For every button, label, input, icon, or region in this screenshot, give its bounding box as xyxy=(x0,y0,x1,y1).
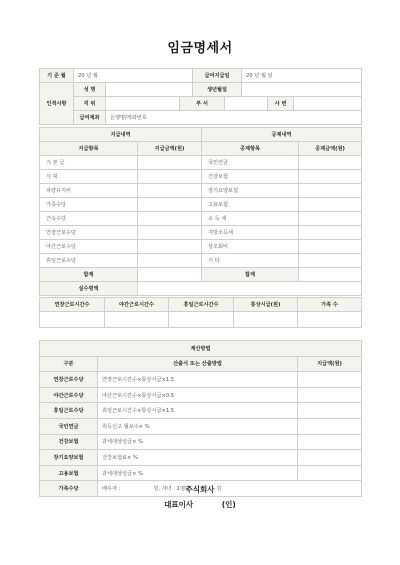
formula-header: 산출식 또는 산출방법 xyxy=(98,356,298,372)
calc-amount[interactable] xyxy=(298,372,362,388)
deduction-amount[interactable] xyxy=(299,156,362,170)
pay-item: 휴일근로수당 xyxy=(40,254,138,268)
deduction-total-value[interactable] xyxy=(299,268,362,282)
pay-item: 근속수당 xyxy=(40,212,138,226)
pay-date-label: 급여지급일 xyxy=(193,69,242,83)
net-pay-value[interactable] xyxy=(138,282,362,296)
pay-amount[interactable] xyxy=(138,254,202,268)
family-count-header: 가족 수 xyxy=(298,298,362,312)
table-row: 근속수당 소 득 세 xyxy=(40,212,362,226)
holiday-hours-value[interactable] xyxy=(169,312,234,328)
pay-date-value[interactable]: 20 년 월 일 xyxy=(242,69,362,83)
calc-category: 야간근로수당 xyxy=(40,387,98,403)
position-value[interactable] xyxy=(106,97,180,111)
deduction-item: 소 득 세 xyxy=(202,212,299,226)
calc-category: 장기요양보험 xyxy=(40,450,98,466)
department-label: 부 서 xyxy=(180,97,225,111)
work-hours-table: 연장근로시간수 야간근로시간수 휴일근로시간수 통상시급(원) 가족 수 xyxy=(39,297,362,328)
personal-info-label: 인적사항 xyxy=(40,83,74,125)
calculation-section-header: 계산방법 xyxy=(40,341,362,357)
table-row: 국민연금 취득신고 월보수× % xyxy=(40,418,362,434)
deduction-item: 상조회비 xyxy=(202,240,299,254)
deduction-amount[interactable] xyxy=(299,254,362,268)
table-row: 휴일근로수당 기 타 xyxy=(40,254,362,268)
payment-section-header: 지급내역 xyxy=(40,128,202,142)
overtime-hours-value[interactable] xyxy=(40,312,105,328)
pay-item: 차량유지비 xyxy=(40,184,138,198)
deduction-total-label: 합계 xyxy=(202,268,299,282)
calculation-method-table: 계산방법 구분 산출식 또는 산출방법 지급액(원) 연장근로수당 연장근로시간… xyxy=(39,340,362,497)
calc-formula: 취득신고 월보수× % xyxy=(98,418,298,434)
seal-mark: (인) xyxy=(222,499,236,510)
pay-amount[interactable] xyxy=(138,240,202,254)
deduction-amount[interactable] xyxy=(299,170,362,184)
pay-item: 기 본 급 xyxy=(40,156,138,170)
name-value[interactable] xyxy=(106,83,193,97)
table-row: 차량유지비 장기요양보험 xyxy=(40,184,362,198)
deduction-amount[interactable] xyxy=(299,226,362,240)
deduction-item: 기 타 xyxy=(202,254,299,268)
table-row: 가족수당 고용보험 xyxy=(40,198,362,212)
table-row: 기 본 급 국민연금 xyxy=(40,156,362,170)
pay-amount[interactable] xyxy=(138,212,202,226)
night-hours-header: 야간근로시간수 xyxy=(105,298,169,312)
calc-amount[interactable] xyxy=(298,434,362,450)
calc-amount[interactable] xyxy=(298,418,362,434)
name-label: 성 명 xyxy=(74,83,106,97)
deduction-item: 건강보험 xyxy=(202,170,299,184)
base-month-value[interactable]: 20 년 월 xyxy=(74,69,193,83)
ceo-signature-line: 대표이사 (인) xyxy=(0,499,400,510)
deduction-amount-header: 공제금액(원) xyxy=(299,142,362,156)
table-row: 장기요양보험 건강보험료× % xyxy=(40,450,362,466)
pay-item: 가족수당 xyxy=(40,198,138,212)
birth-date-label: 생년월일 xyxy=(193,83,242,97)
pay-item: 식 대 xyxy=(40,170,138,184)
document-title: 임금명세서 xyxy=(0,37,400,56)
birth-date-value[interactable] xyxy=(242,83,362,97)
pay-amount[interactable] xyxy=(138,226,202,240)
pay-amount-header: 지급금액(원) xyxy=(138,142,202,156)
table-row: 건강보험 과세대상임금× % xyxy=(40,434,362,450)
calc-category: 휴일근로수당 xyxy=(40,403,98,419)
personal-info-table: 기 준 월 20 년 월 급여지급일 20 년 월 일 인적사항 성 명 생년월… xyxy=(39,68,362,125)
account-label: 급여계좌 xyxy=(74,111,106,125)
table-row: 야간근로수당 야간근로시간수×통상시급×0.5 xyxy=(40,387,362,403)
night-hours-value[interactable] xyxy=(105,312,169,328)
overtime-hours-header: 연장근로시간수 xyxy=(40,298,105,312)
deduction-item: 장기요양보험 xyxy=(202,184,299,198)
calc-category: 건강보험 xyxy=(40,434,98,450)
table-row: 연장근로수당 연장근로시간수×통상시급×1.5 xyxy=(40,372,362,388)
deduction-amount[interactable] xyxy=(299,198,362,212)
calc-amount[interactable] xyxy=(298,450,362,466)
pay-item: 야간근로수당 xyxy=(40,240,138,254)
hourly-wage-header: 통상시급(원) xyxy=(234,298,298,312)
family-count-value[interactable] xyxy=(298,312,362,328)
base-month-label: 기 준 월 xyxy=(40,69,74,83)
deduction-amount[interactable] xyxy=(299,184,362,198)
calc-formula: 과세대상임금× % xyxy=(98,434,298,450)
calc-formula: 건강보험료× % xyxy=(98,450,298,466)
calc-amount[interactable] xyxy=(298,465,362,481)
category-header: 구분 xyxy=(40,356,98,372)
employee-number-label: 사 번 xyxy=(268,97,294,111)
deduction-item-header: 공제항목 xyxy=(202,142,299,156)
deduction-item: 고용보험 xyxy=(202,198,299,212)
pay-amount[interactable] xyxy=(138,170,202,184)
pay-item-header: 지급항목 xyxy=(40,142,138,156)
employee-number-value[interactable] xyxy=(294,97,362,111)
deduction-section-header: 공제내역 xyxy=(202,128,362,142)
table-row: 고용보험 과세대상임금× % xyxy=(40,465,362,481)
pay-total-label: 합계 xyxy=(40,268,138,282)
calc-category: 연장근로수당 xyxy=(40,372,98,388)
calc-formula: 휴일근로시간수×통상시급×1.5 xyxy=(98,403,298,419)
calc-amount[interactable] xyxy=(298,387,362,403)
deduction-amount[interactable] xyxy=(299,240,362,254)
position-label: 직 위 xyxy=(74,97,106,111)
calc-formula: 연장근로시간수×통상시급×1.5 xyxy=(98,372,298,388)
pay-item: 연장근로수당 xyxy=(40,226,138,240)
calc-amount[interactable] xyxy=(298,403,362,419)
calc-category: 고용보험 xyxy=(40,465,98,481)
table-row: 야간근로수당 상조회비 xyxy=(40,240,362,254)
deduction-item: 지방소득세 xyxy=(202,226,299,240)
pay-total-value[interactable] xyxy=(138,268,202,282)
amount-header: 지급액(원) xyxy=(298,356,362,372)
calc-category: 국민연금 xyxy=(40,418,98,434)
account-value[interactable]: 은행명/계좌번호 xyxy=(106,111,362,125)
pay-amount[interactable] xyxy=(138,156,202,170)
ceo-label: 대표이사 xyxy=(164,499,193,510)
table-row: 연장근로수당 지방소득세 xyxy=(40,226,362,240)
calc-formula: 과세대상임금× % xyxy=(98,465,298,481)
pay-amount[interactable] xyxy=(138,198,202,212)
pay-amount[interactable] xyxy=(138,184,202,198)
net-pay-label: 실수령액 xyxy=(40,282,138,296)
calc-formula: 야간근로시간수×통상시급×0.5 xyxy=(98,387,298,403)
pay-deduction-table: 지급내역 공제내역 지급항목 지급금액(원) 공제항목 공제금액(원) 기 본 … xyxy=(39,127,362,296)
holiday-hours-header: 휴일근로시간수 xyxy=(169,298,234,312)
hourly-wage-value[interactable] xyxy=(234,312,298,328)
table-row: 휴일근로수당 휴일근로시간수×통상시급×1.5 xyxy=(40,403,362,419)
deduction-amount[interactable] xyxy=(299,212,362,226)
deduction-item: 국민연금 xyxy=(202,156,299,170)
table-row: 식 대 건강보험 xyxy=(40,170,362,184)
company-name: 주식회사 xyxy=(0,484,400,495)
department-value[interactable] xyxy=(225,97,268,111)
